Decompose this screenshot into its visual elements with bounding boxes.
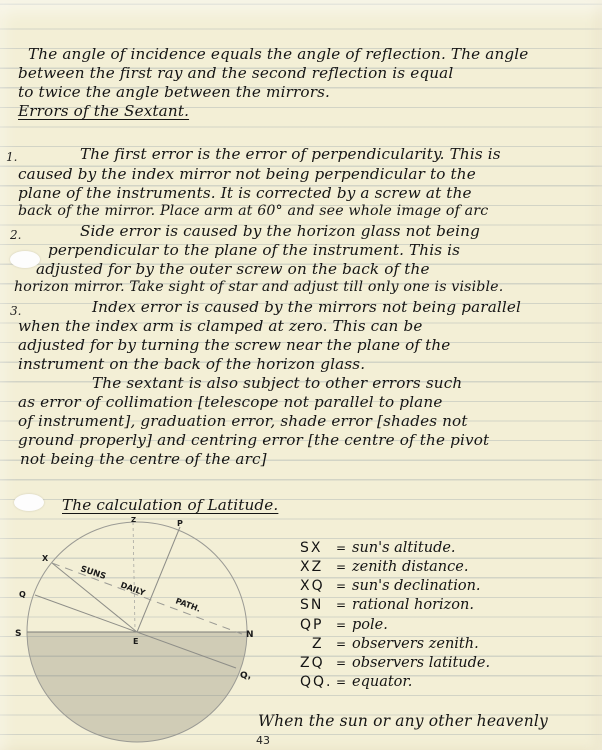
definition-value: sun's altitude. — [352, 540, 456, 556]
definition-key: Z — [300, 636, 336, 652]
definition-value: pole. — [352, 617, 388, 633]
label-equator-lower: Q, — [240, 671, 251, 681]
definition-key: QQ. — [300, 674, 336, 690]
label-earth: E — [133, 637, 138, 646]
zenith-line — [133, 522, 135, 630]
definition-value: equator. — [352, 674, 412, 690]
definition-equals: = — [336, 618, 352, 632]
definition-value: rational horizon. — [352, 597, 474, 613]
definition-value: sun's declination. — [352, 578, 481, 594]
definition-value: observers latitude. — [352, 655, 490, 671]
definition-row: QQ.=equator. — [300, 674, 412, 690]
closing-text-line: When the sun or any other heavenly — [258, 712, 548, 730]
definition-key: XQ — [300, 578, 336, 594]
definition-value: observers zenith. — [352, 636, 479, 652]
definition-equals: = — [336, 579, 352, 593]
label-sun: X — [42, 554, 49, 563]
label-north: N — [246, 630, 254, 640]
path-word-2: DAILY — [119, 580, 146, 597]
definition-key: SN — [300, 597, 336, 613]
definition-row: SN=rational horizon. — [300, 597, 474, 613]
definition-equals: = — [336, 675, 352, 689]
definition-key: ZQ — [300, 655, 336, 671]
definition-key: XZ — [300, 559, 336, 575]
label-south: S — [15, 629, 21, 639]
label-pole: P — [177, 519, 183, 528]
definition-row: ZQ=observers latitude. — [300, 655, 490, 671]
definition-equals: = — [336, 656, 352, 670]
definition-value: zenith distance. — [352, 559, 468, 575]
path-word-3: PATH. — [174, 596, 201, 613]
definition-row: XQ=sun's declination. — [300, 578, 481, 594]
definition-row: XZ=zenith distance. — [300, 559, 468, 575]
page-number: 43 — [256, 734, 270, 747]
definition-row: Z=observers zenith. — [300, 636, 479, 652]
definition-row: SX=sun's altitude. — [300, 540, 456, 556]
definition-row: QP=pole. — [300, 617, 388, 633]
definition-equals: = — [336, 541, 352, 555]
definition-equals: = — [336, 560, 352, 574]
label-equator-upper: Q — [19, 590, 26, 599]
path-word-1: SUNS — [79, 564, 107, 582]
pole-line — [137, 527, 180, 632]
definition-equals: = — [336, 637, 352, 651]
definition-key: QP — [300, 617, 336, 633]
definition-key: SX — [300, 540, 336, 556]
label-zenith: Z — [131, 516, 136, 524]
definition-equals: = — [336, 598, 352, 612]
